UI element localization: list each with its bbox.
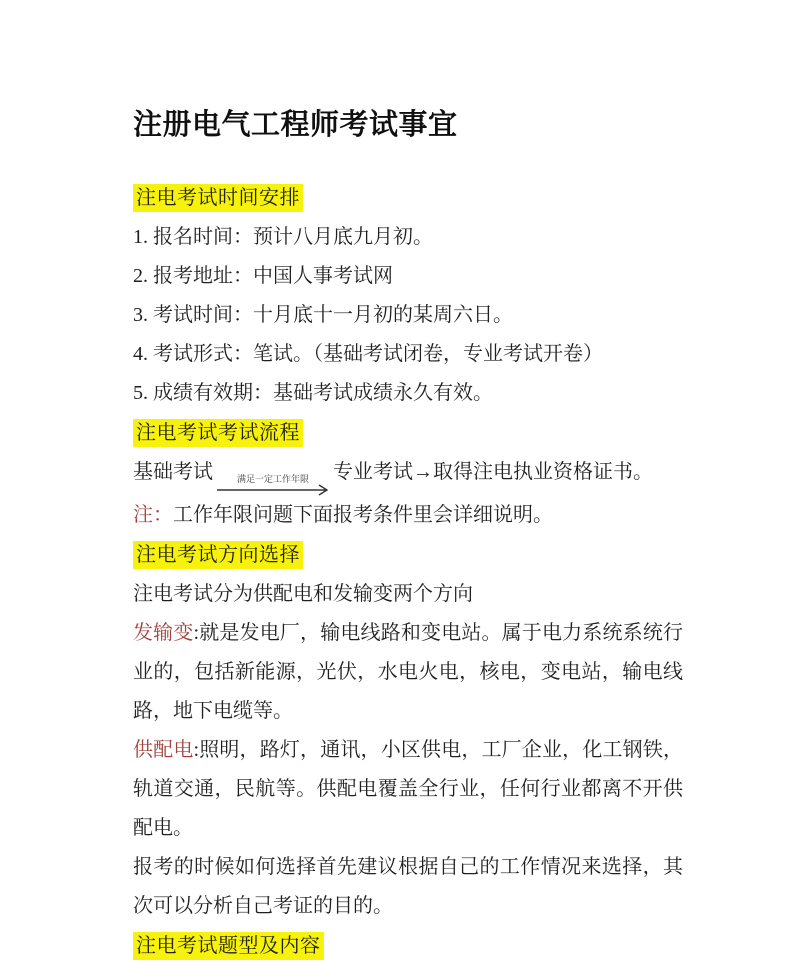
arrow-label: 满足一定工作年限 [237, 474, 309, 484]
term-transmission-text: :就是发电厂，输电线路和变电站。属于电力系统系统行业的，包括新能源，光伏，水电火… [133, 622, 683, 722]
right-arrow-icon [216, 484, 330, 496]
labeled-arrow: 满足一定工作年限 [216, 474, 330, 496]
term-supply-label: 供配电 [133, 739, 194, 761]
list-item-5: 5. 成绩有效期：基础考试成绩永久有效。 [133, 374, 683, 413]
advice-paragraph: 报考的时候如何选择首先建议根据自己的工作情况来选择，其次可以分析自己考证的目的。 [133, 848, 683, 926]
section-1-heading-row: 注电考试时间安排 [133, 178, 683, 218]
list-item-3: 3. 考试时间：十月底十一月初的某周六日。 [133, 296, 683, 335]
flow-end: 专业考试→取得注电执业资格证书。 [333, 461, 653, 483]
section-4-heading-row: 注电考试题型及内容 [133, 926, 683, 966]
document-title: 注册电气工程师考试事宜 [133, 102, 683, 148]
section-3-heading-row: 注电考试方向选择 [133, 535, 683, 575]
list-item-2: 2. 报考地址：中国人事考试网 [133, 257, 683, 296]
section-3-heading: 注电考试方向选择 [133, 541, 303, 569]
section-4-heading: 注电考试题型及内容 [133, 932, 324, 960]
section-2-heading: 注电考试考试流程 [133, 419, 303, 447]
note-label: 注： [133, 504, 173, 526]
term-transmission-label: 发输变 [133, 622, 194, 644]
note-line: 注：工作年限问题下面报考条件里会详细说明。 [133, 496, 683, 535]
term-supply-paragraph: 供配电:照明，路灯，通讯，小区供电，工厂企业，化工钢铁，轨道交通，民航等。供配电… [133, 731, 683, 848]
term-supply-text: :照明，路灯，通讯，小区供电，工厂企业，化工钢铁，轨道交通，民航等。供配电覆盖全… [133, 739, 683, 839]
note-text: 工作年限问题下面报考条件里会详细说明。 [173, 504, 553, 526]
flow-start: 基础考试 [133, 461, 213, 483]
section-1-heading: 注电考试时间安排 [133, 184, 303, 212]
list-item-4: 4. 考试形式：笔试。（基础考试闭卷，专业考试开卷） [133, 335, 683, 374]
document-content: 注册电气工程师考试事宜 注电考试时间安排 1. 报名时间：预计八月底九月初。 2… [0, 0, 800, 966]
section-2-heading-row: 注电考试考试流程 [133, 413, 683, 453]
list-item-1: 1. 报名时间：预计八月底九月初。 [133, 218, 683, 257]
term-transmission-paragraph: 发输变:就是发电厂，输电线路和变电站。属于电力系统系统行业的，包括新能源，光伏，… [133, 614, 683, 731]
direction-intro: 注电考试分为供配电和发输变两个方向 [133, 575, 683, 614]
document-page: 注册电气工程师考试事宜 注电考试时间安排 1. 报名时间：预计八月底九月初。 2… [0, 0, 800, 975]
exam-flow-line: 基础考试满足一定工作年限专业考试→取得注电执业资格证书。 [133, 453, 683, 496]
